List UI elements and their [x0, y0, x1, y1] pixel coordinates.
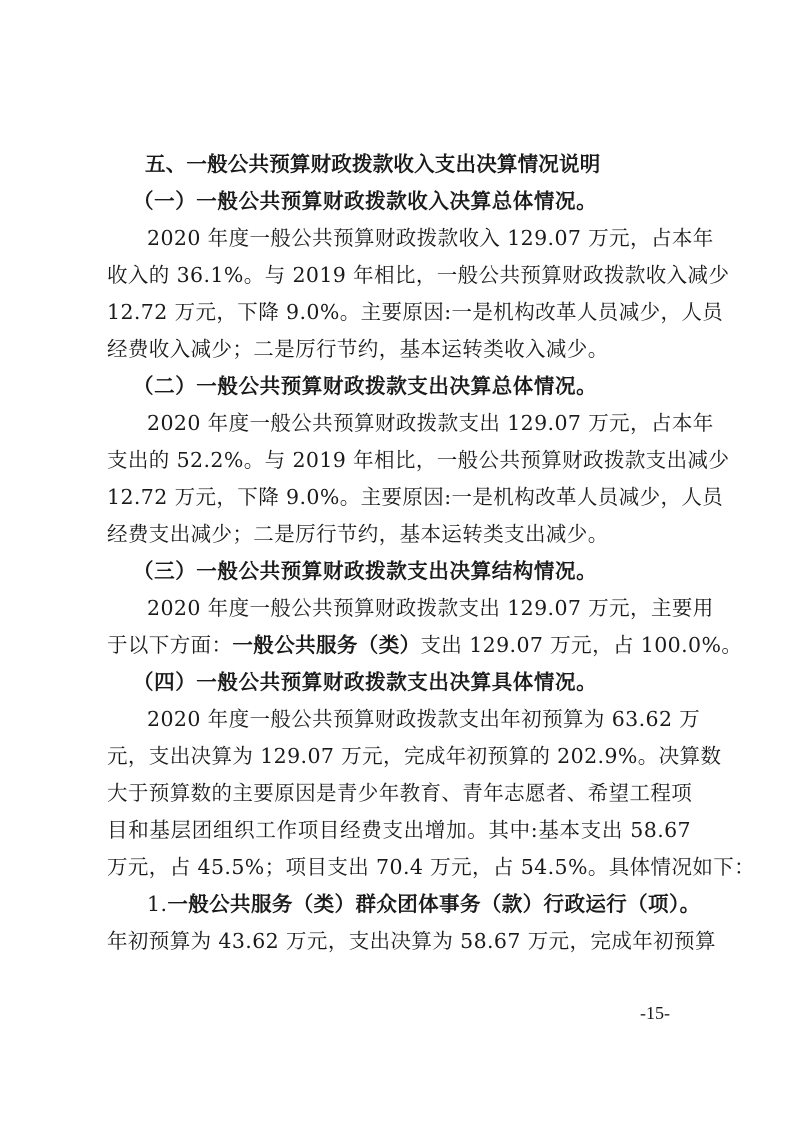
item1-heading-line: 1.一般公共服务（类）群众团体事务（款）行政运行（项）。 [107, 886, 691, 923]
item1-number: 1. [147, 892, 167, 916]
part1-line-2: 收入的 36.1%。与 2019 年相比，一般公共预算财政拨款收入减少 [107, 257, 691, 294]
section-title: 五、一般公共预算财政拨款收入支出决算情况说明 [107, 146, 691, 183]
part4-line-4: 目和基层团组织工作项目经费支出增加。其中:基本支出 58.67 [107, 812, 691, 849]
part3-line-2-prefix: 于以下方面： [107, 633, 232, 657]
part3-line-1: 2020 年度一般公共预算财政拨款支出 129.07 万元，主要用 [107, 590, 691, 627]
part2-line-4: 经费支出减少；二是厉行节约，基本运转类支出减少。 [107, 516, 691, 553]
item1-heading: 一般公共服务（类）群众团体事务（款）行政运行（项）。 [167, 892, 700, 916]
part4-line-2: 元，支出决算为 129.07 万元，完成年初预算的 202.9%。决算数 [107, 738, 691, 775]
part4-line-3: 大于预算数的主要原因是青少年教育、青年志愿者、希望工程项 [107, 775, 691, 812]
part2-line-3: 12.72 万元，下降 9.0%。主要原因:一是机构改革人员减少，人员 [107, 479, 691, 516]
page-number: -15- [640, 1000, 670, 1026]
part1-line-3: 12.72 万元，下降 9.0%。主要原因:一是机构改革人员减少，人员 [107, 294, 691, 331]
document-page: 五、一般公共预算财政拨款收入支出决算情况说明 （一）一般公共预算财政拨款收入决算… [107, 146, 691, 960]
part1-line-1: 2020 年度一般公共预算财政拨款收入 129.07 万元，占本年 [107, 220, 691, 257]
part2-heading: （二）一般公共预算财政拨款支出决算总体情况。 [107, 368, 691, 405]
part3-line-2-suffix: 支出 129.07 万元，占 100.0%。 [421, 633, 743, 657]
part1-heading: （一）一般公共预算财政拨款收入决算总体情况。 [107, 183, 691, 220]
part4-line-1: 2020 年度一般公共预算财政拨款支出年初预算为 63.62 万 [107, 701, 691, 738]
part3-heading: （三）一般公共预算财政拨款支出决算结构情况。 [107, 553, 691, 590]
part3-line-2: 于以下方面：一般公共服务（类）支出 129.07 万元，占 100.0%。 [107, 627, 691, 664]
part2-line-2: 支出的 52.2%。与 2019 年相比，一般公共预算财政拨款支出减少 [107, 442, 691, 479]
item1-line-1: 年初预算为 43.62 万元，支出决算为 58.67 万元，完成年初预算 [107, 923, 691, 960]
part1-line-4: 经费收入减少；二是厉行节约，基本运转类收入减少。 [107, 331, 691, 368]
part4-line-5: 万元，占 45.5%；项目支出 70.4 万元，占 54.5%。具体情况如下： [107, 849, 691, 886]
part3-line-2-category: 一般公共服务（类） [232, 633, 420, 657]
part4-heading: （四）一般公共预算财政拨款支出决算具体情况。 [107, 664, 691, 701]
part2-line-1: 2020 年度一般公共预算财政拨款支出 129.07 万元，占本年 [107, 405, 691, 442]
